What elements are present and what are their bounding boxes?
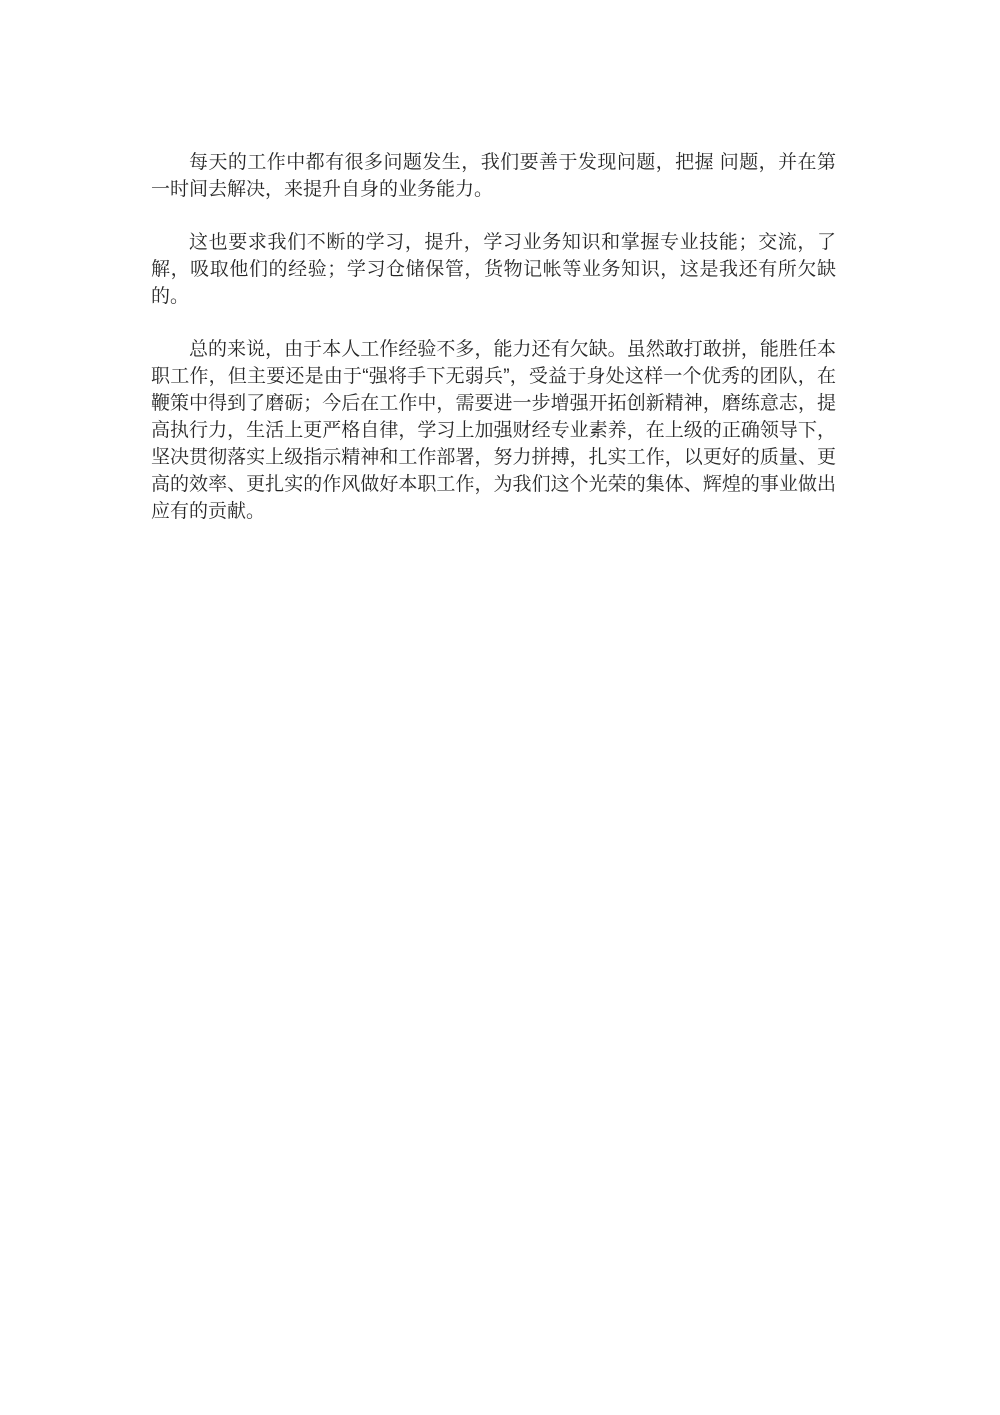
paragraph-1: 每天的工作中都有很多问题发生，我们要善于发现问题，把握 问题，并在第一时间去解决…: [151, 149, 836, 203]
document-text-block: 每天的工作中都有很多问题发生，我们要善于发现问题，把握 问题，并在第一时间去解决…: [151, 149, 836, 525]
document-page: 每天的工作中都有很多问题发生，我们要善于发现问题，把握 问题，并在第一时间去解决…: [0, 0, 1000, 1415]
paragraph-3: 总的来说，由于本人工作经验不多，能力还有欠缺。虽然敢打敢拼，能胜任本职工作，但主…: [151, 336, 836, 525]
paragraph-2: 这也要求我们不断的学习，提升，学习业务知识和掌握专业技能；交流，了解，吸取他们的…: [151, 229, 836, 310]
